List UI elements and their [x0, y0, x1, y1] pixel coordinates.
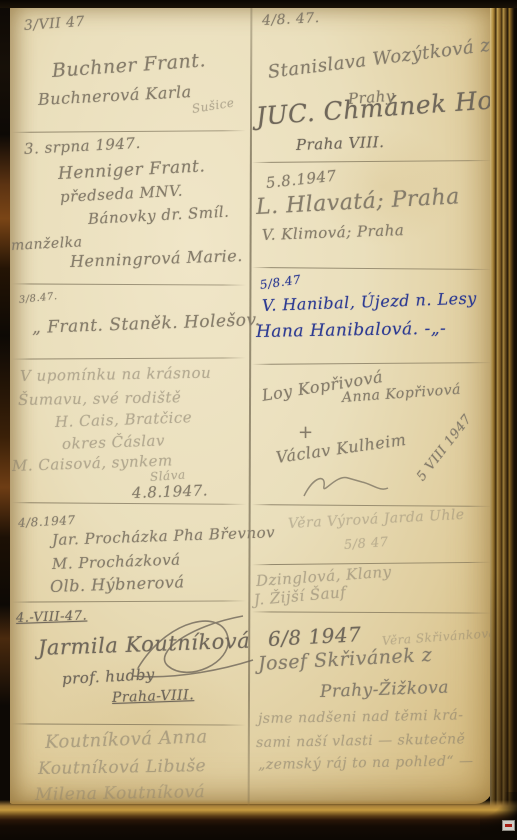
scan-marker-red-bar	[505, 824, 512, 827]
book-fore-edge	[490, 0, 517, 816]
signature-scribble	[300, 468, 390, 502]
signature-line: Hana Hanibalová. -„-	[256, 319, 447, 342]
cover-border-bottom	[0, 800, 517, 840]
signature-line: okres Čáslav	[62, 431, 166, 453]
signature-line: Koutníková Libuše	[38, 756, 206, 779]
cover-border-top	[0, 0, 517, 8]
entry-date: 4/8. 47.	[262, 10, 320, 29]
guestbook-scan: 3/VII 47 Buchner Frant. Buchnerová Karla…	[0, 0, 517, 840]
signature-line: Praha VIII.	[296, 133, 385, 154]
entry-date: 5/8 47	[343, 535, 389, 553]
entry-date: 4.8.1947.	[132, 481, 209, 502]
cross-mark: +	[298, 422, 314, 443]
book-binding-edge	[0, 0, 10, 840]
scan-marker-icon	[502, 820, 515, 831]
dedication-line: Šumavu, své rodiště	[18, 388, 182, 409]
entry-date: 4.-VIII-47.	[16, 609, 88, 626]
cover-corner-shadow	[480, 792, 517, 840]
entry-date: 6/8 1947	[267, 622, 362, 651]
dedication-line: V upomínku na krásnou	[20, 364, 212, 385]
signature-line: Praha-VIII.	[112, 687, 195, 706]
